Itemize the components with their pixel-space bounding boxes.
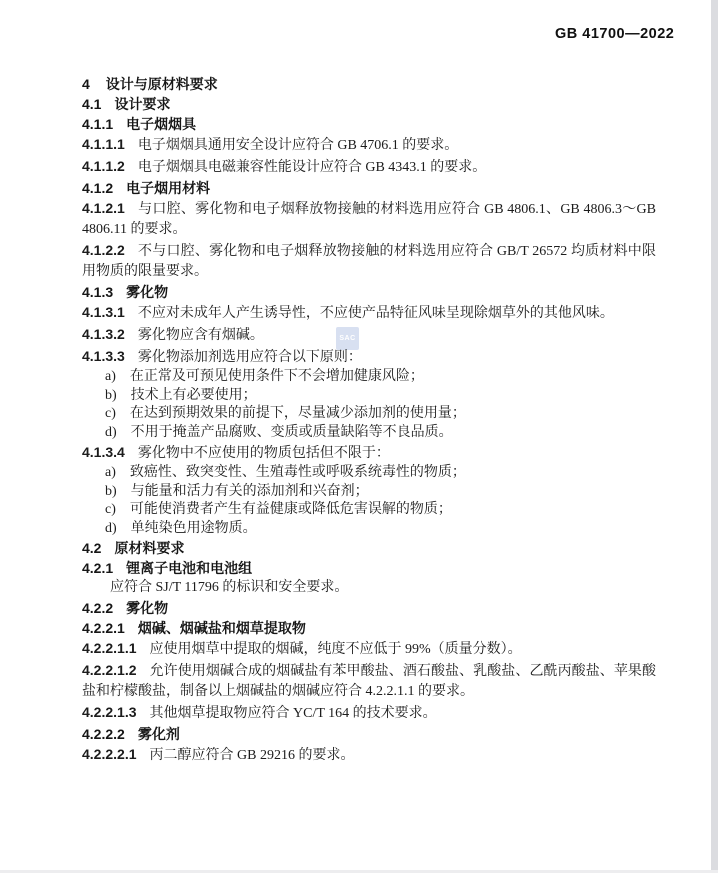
doc-text: 电子烟用材料 xyxy=(126,180,210,196)
clause-number: 4.2.2.1.2 xyxy=(82,662,137,678)
clause-heading: 4.1.3雾化物 xyxy=(82,282,656,302)
clause-paragraph: 4.2.2.1.3其他烟草提取物应符合 YC/T 164 的技术要求。 xyxy=(82,702,656,724)
doc-text: 不应对未成年人产生诱导性，不应使产品特征风味呈现除烟草外的其他风味。 xyxy=(138,306,614,321)
doc-text: 允许使用烟碱合成的烟碱盐有苯甲酸盐、酒石酸盐、乳酸盐、乙酰丙酸盐、苹果酸盐和柠檬… xyxy=(82,664,656,699)
doc-text: 不用于掩盖产品腐败、变质或质量缺陷等不良品质。 xyxy=(131,425,453,440)
clause-number: 4.2.2.2.1 xyxy=(82,746,137,762)
subsection-heading: 4.2原材料要求 xyxy=(82,538,656,558)
doc-text: 不与口腔、雾化物和电子烟释放物接触的材料选用应符合 GB/T 26572 均质材… xyxy=(82,244,656,279)
clause-number: 4.2 xyxy=(82,540,101,556)
clause-number: 4.1 xyxy=(82,96,101,112)
plain-paragraph: 应符合 SJ/T 11796 的标识和安全要求。 xyxy=(82,578,656,598)
clause-heading: 4.2.2雾化物 xyxy=(82,598,656,618)
list-item: b)技术上有必要使用； xyxy=(82,387,656,406)
doc-text: 电子烟烟具电磁兼容性能设计应符合 GB 4343.1 的要求。 xyxy=(138,160,486,175)
list-item: b)与能量和活力有关的添加剂和兴奋剂； xyxy=(82,483,656,502)
clause-number: 4 xyxy=(82,76,90,92)
doc-text: 设计与原材料要求 xyxy=(106,76,218,92)
doc-text: 丙二醇应符合 GB 29216 的要求。 xyxy=(150,748,355,763)
doc-text: 在达到预期效果的前提下，尽量减少添加剂的使用量； xyxy=(130,406,466,421)
clause-number: 4.1.2.2 xyxy=(82,242,125,258)
clause-heading: 4.1.1电子烟烟具 xyxy=(82,114,656,134)
subsection-heading: 4.1设计要求 xyxy=(82,94,656,114)
clause-paragraph: 4.1.2.1与口腔、雾化物和电子烟释放物接触的材料选用应符合 GB 4806.… xyxy=(82,198,656,240)
standard-number-header: GB 41700—2022 xyxy=(555,26,674,42)
doc-text: 与能量和活力有关的添加剂和兴奋剂； xyxy=(131,484,369,499)
list-item: a)致癌性、致突变性、生殖毒性或呼吸系统毒性的物质； xyxy=(82,464,656,483)
clause-paragraph: 4.1.1.2电子烟烟具电磁兼容性能设计应符合 GB 4343.1 的要求。 xyxy=(82,156,656,178)
list-item: a)在正常及可预见使用条件下不会增加健康风险； xyxy=(82,368,656,387)
scan-edge-right xyxy=(711,0,718,873)
clause-number: 4.2.2 xyxy=(82,600,113,616)
clause-heading: 4.1.2电子烟用材料 xyxy=(82,178,656,198)
list-item-letter: d) xyxy=(105,425,117,440)
doc-text: 技术上有必要使用； xyxy=(131,388,257,403)
list-item-letter: b) xyxy=(105,388,117,403)
list-item-letter: c) xyxy=(105,406,116,421)
doc-text: 可能使消费者产生有益健康或降低危害误解的物质； xyxy=(130,502,452,517)
clause-number: 4.2.2.1.1 xyxy=(82,640,137,656)
doc-text: 雾化剂 xyxy=(138,726,180,742)
clause-number: 4.1.2 xyxy=(82,180,113,196)
doc-text: 电子烟烟具通用安全设计应符合 GB 4706.1 的要求。 xyxy=(138,138,458,153)
clause-heading: 4.2.1锂离子电池和电池组 xyxy=(82,558,656,578)
doc-text: 雾化物 xyxy=(126,600,168,616)
subclause-heading: 4.2.2.1烟碱、烟碱盐和烟草提取物 xyxy=(82,618,656,638)
doc-text: 雾化物添加剂选用应符合以下原则： xyxy=(138,350,362,365)
document-body: 4设计与原材料要求4.1设计要求4.1.1电子烟烟具4.1.1.1电子烟烟具通用… xyxy=(82,74,656,766)
doc-text: 在正常及可预见使用条件下不会增加健康风险； xyxy=(130,369,424,384)
clause-paragraph: 4.2.2.1.1应使用烟草中提取的烟碱，纯度不应低于 99%（质量分数）。 xyxy=(82,638,656,660)
list-item-letter: d) xyxy=(105,521,117,536)
section-heading: 4设计与原材料要求 xyxy=(82,74,656,94)
doc-text: 单纯染色用途物质。 xyxy=(131,521,257,536)
clause-number: 4.2.2.1.3 xyxy=(82,704,137,720)
clause-number: 4.2.2.1 xyxy=(82,620,125,636)
clause-number: 4.2.1 xyxy=(82,560,113,576)
clause-paragraph: 4.1.3.3雾化物添加剂选用应符合以下原则： xyxy=(82,346,656,368)
subclause-heading: 4.2.2.2雾化剂 xyxy=(82,724,656,744)
list-item: c)在达到预期效果的前提下，尽量减少添加剂的使用量； xyxy=(82,405,656,424)
clause-number: 4.1.3.1 xyxy=(82,304,125,320)
clause-number: 4.1.3.3 xyxy=(82,348,125,364)
doc-text: 电子烟烟具 xyxy=(126,116,196,132)
list-item: d)单纯染色用途物质。 xyxy=(82,520,656,539)
doc-text: 应符合 SJ/T 11796 的标识和安全要求。 xyxy=(110,580,348,595)
clause-number: 4.1.3.4 xyxy=(82,444,125,460)
list-item-letter: a) xyxy=(105,465,116,480)
list-item-letter: c) xyxy=(105,502,116,517)
clause-number: 4.1.1.1 xyxy=(82,136,125,152)
doc-text: 应使用烟草中提取的烟碱，纯度不应低于 99%（质量分数）。 xyxy=(150,642,522,657)
list-item: d)不用于掩盖产品腐败、变质或质量缺陷等不良品质。 xyxy=(82,424,656,443)
doc-text: 致癌性、致突变性、生殖毒性或呼吸系统毒性的物质； xyxy=(130,465,466,480)
clause-paragraph: 4.1.2.2不与口腔、雾化物和电子烟释放物接触的材料选用应符合 GB/T 26… xyxy=(82,240,656,282)
clause-paragraph: 4.1.1.1电子烟烟具通用安全设计应符合 GB 4706.1 的要求。 xyxy=(82,134,656,156)
clause-number: 4.1.2.1 xyxy=(82,200,125,216)
list-item-letter: b) xyxy=(105,484,117,499)
clause-number: 4.1.1.2 xyxy=(82,158,125,174)
clause-paragraph: 4.2.2.1.2允许使用烟碱合成的烟碱盐有苯甲酸盐、酒石酸盐、乳酸盐、乙酰丙酸… xyxy=(82,660,656,702)
doc-text: 雾化物应含有烟碱。 xyxy=(138,328,264,343)
clause-paragraph: 4.2.2.2.1丙二醇应符合 GB 29216 的要求。 xyxy=(82,744,656,766)
doc-text: 烟碱、烟碱盐和烟草提取物 xyxy=(138,620,306,636)
clause-number: 4.1.1 xyxy=(82,116,113,132)
clause-paragraph: 4.1.3.4雾化物中不应使用的物质包括但不限于： xyxy=(82,442,656,464)
doc-text: 设计要求 xyxy=(114,96,170,112)
doc-text: 锂离子电池和电池组 xyxy=(126,560,252,576)
list-item: c)可能使消费者产生有益健康或降低危害误解的物质； xyxy=(82,501,656,520)
doc-text: 其他烟草提取物应符合 YC/T 164 的技术要求。 xyxy=(150,706,437,721)
doc-text: 雾化物 xyxy=(126,284,168,300)
clause-paragraph: 4.1.3.1不应对未成年人产生诱导性，不应使产品特征风味呈现除烟草外的其他风味… xyxy=(82,302,656,324)
clause-number: 4.1.3.2 xyxy=(82,326,125,342)
document-page: GB 41700—2022 SAC 4设计与原材料要求4.1设计要求4.1.1电… xyxy=(0,0,718,873)
clause-paragraph: 4.1.3.2雾化物应含有烟碱。 xyxy=(82,324,656,346)
clause-number: 4.2.2.2 xyxy=(82,726,125,742)
doc-text: 雾化物中不应使用的物质包括但不限于： xyxy=(138,446,390,461)
list-item-letter: a) xyxy=(105,369,116,384)
doc-text: 原材料要求 xyxy=(114,540,184,556)
clause-number: 4.1.3 xyxy=(82,284,113,300)
doc-text: 与口腔、雾化物和电子烟释放物接触的材料选用应符合 GB 4806.1、GB 48… xyxy=(82,202,656,237)
